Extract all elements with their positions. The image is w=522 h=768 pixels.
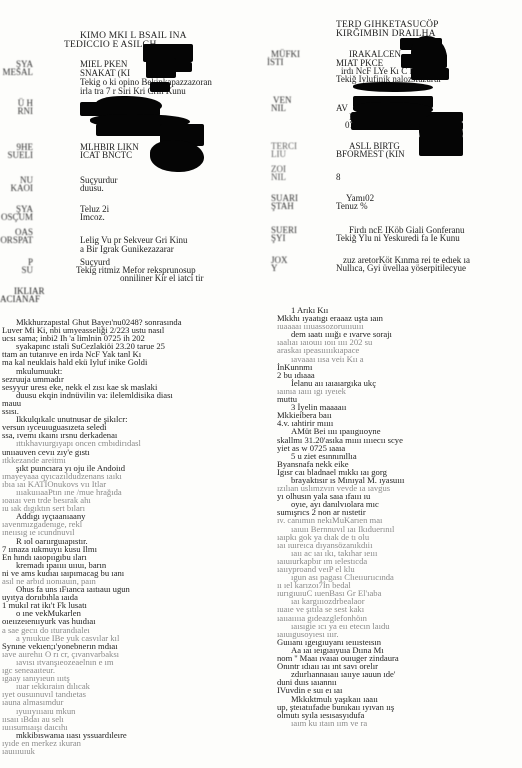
field-label: SU <box>21 266 33 275</box>
field-value: irla tra 7 r Siri Kri Crin Kunu <box>80 87 260 97</box>
field-label: Y <box>271 264 278 273</box>
redaction-block <box>150 82 170 92</box>
field-label: SUELI <box>8 151 34 160</box>
redaction-block <box>150 140 204 172</box>
field-label: ŞYI <box>271 234 286 243</box>
field-label: İSTI <box>267 58 284 67</box>
field-value: duusu. <box>80 184 260 194</box>
field-value: Imcoz. <box>80 213 260 223</box>
field-label: MESAL <box>2 68 33 77</box>
redaction-block <box>353 82 433 92</box>
field-value: onniliner Kir el iatci tir <box>120 274 260 284</box>
left-column: KIMO MKI L BSAIL INA TEDICCIO E ASILGH Ş… <box>0 0 261 768</box>
field-value: Nullıca, Gyi üvellaa yöserpitilecyue <box>336 264 522 274</box>
field-label: NIL <box>271 104 286 113</box>
redaction-block <box>411 68 449 80</box>
field-value: 8 <box>336 173 376 183</box>
field-label: RNI <box>18 107 34 116</box>
field-value: Tenuz % <box>336 202 436 212</box>
body-line: duusu ekqin indnüvilin va: ilelemldisika… <box>2 391 260 399</box>
field-label: NIL <box>271 173 286 182</box>
section-heading: ACIANAF <box>0 295 40 304</box>
field-label: OSÇUM <box>1 213 33 222</box>
body-line: ıyıde en merkez ıkuran <box>2 739 260 747</box>
field-label: ŞTAH <box>271 202 294 211</box>
right-column: TERD GIHKETASUCÖP KIRĞIMBIN DRAILHA MÜFK… <box>261 0 522 768</box>
redaction-block <box>419 136 463 156</box>
field-label: KAOI <box>11 184 34 193</box>
left-body-text: Mkkhurzapıstal Ghut Bayeı'nu0248? sonras… <box>2 318 260 768</box>
redaction-block <box>96 124 168 136</box>
body-line: ıaım ku ıtaın ıım ve ra <box>277 719 522 726</box>
body-line: ıaınıa ıaııı ıgı ıyeıek <box>277 387 522 395</box>
field-value: Tekiğ Ylu ni Yeskuredi fa Ie Kunu <box>336 234 522 244</box>
scanned-document-page: KIMO MKI L BSAIL INA TEDICCIO E ASILGH Ş… <box>0 0 522 768</box>
redaction-block <box>146 62 192 72</box>
body-line: ıavaaaı ıısa veiı Kıı a <box>277 355 522 363</box>
body-line: ıauıııuıuk <box>2 747 260 755</box>
field-label: LIU <box>271 150 286 159</box>
field-label: ORSPAT <box>0 236 33 245</box>
field-value: a Bir Igrak Gunikezazarar <box>80 245 260 255</box>
body-line: mauu <box>2 399 260 407</box>
redaction-block <box>401 54 447 68</box>
right-body-text: 1 Arıkı KııMkkhı ıyaatıgı eraaaz uşta ıa… <box>277 306 522 726</box>
